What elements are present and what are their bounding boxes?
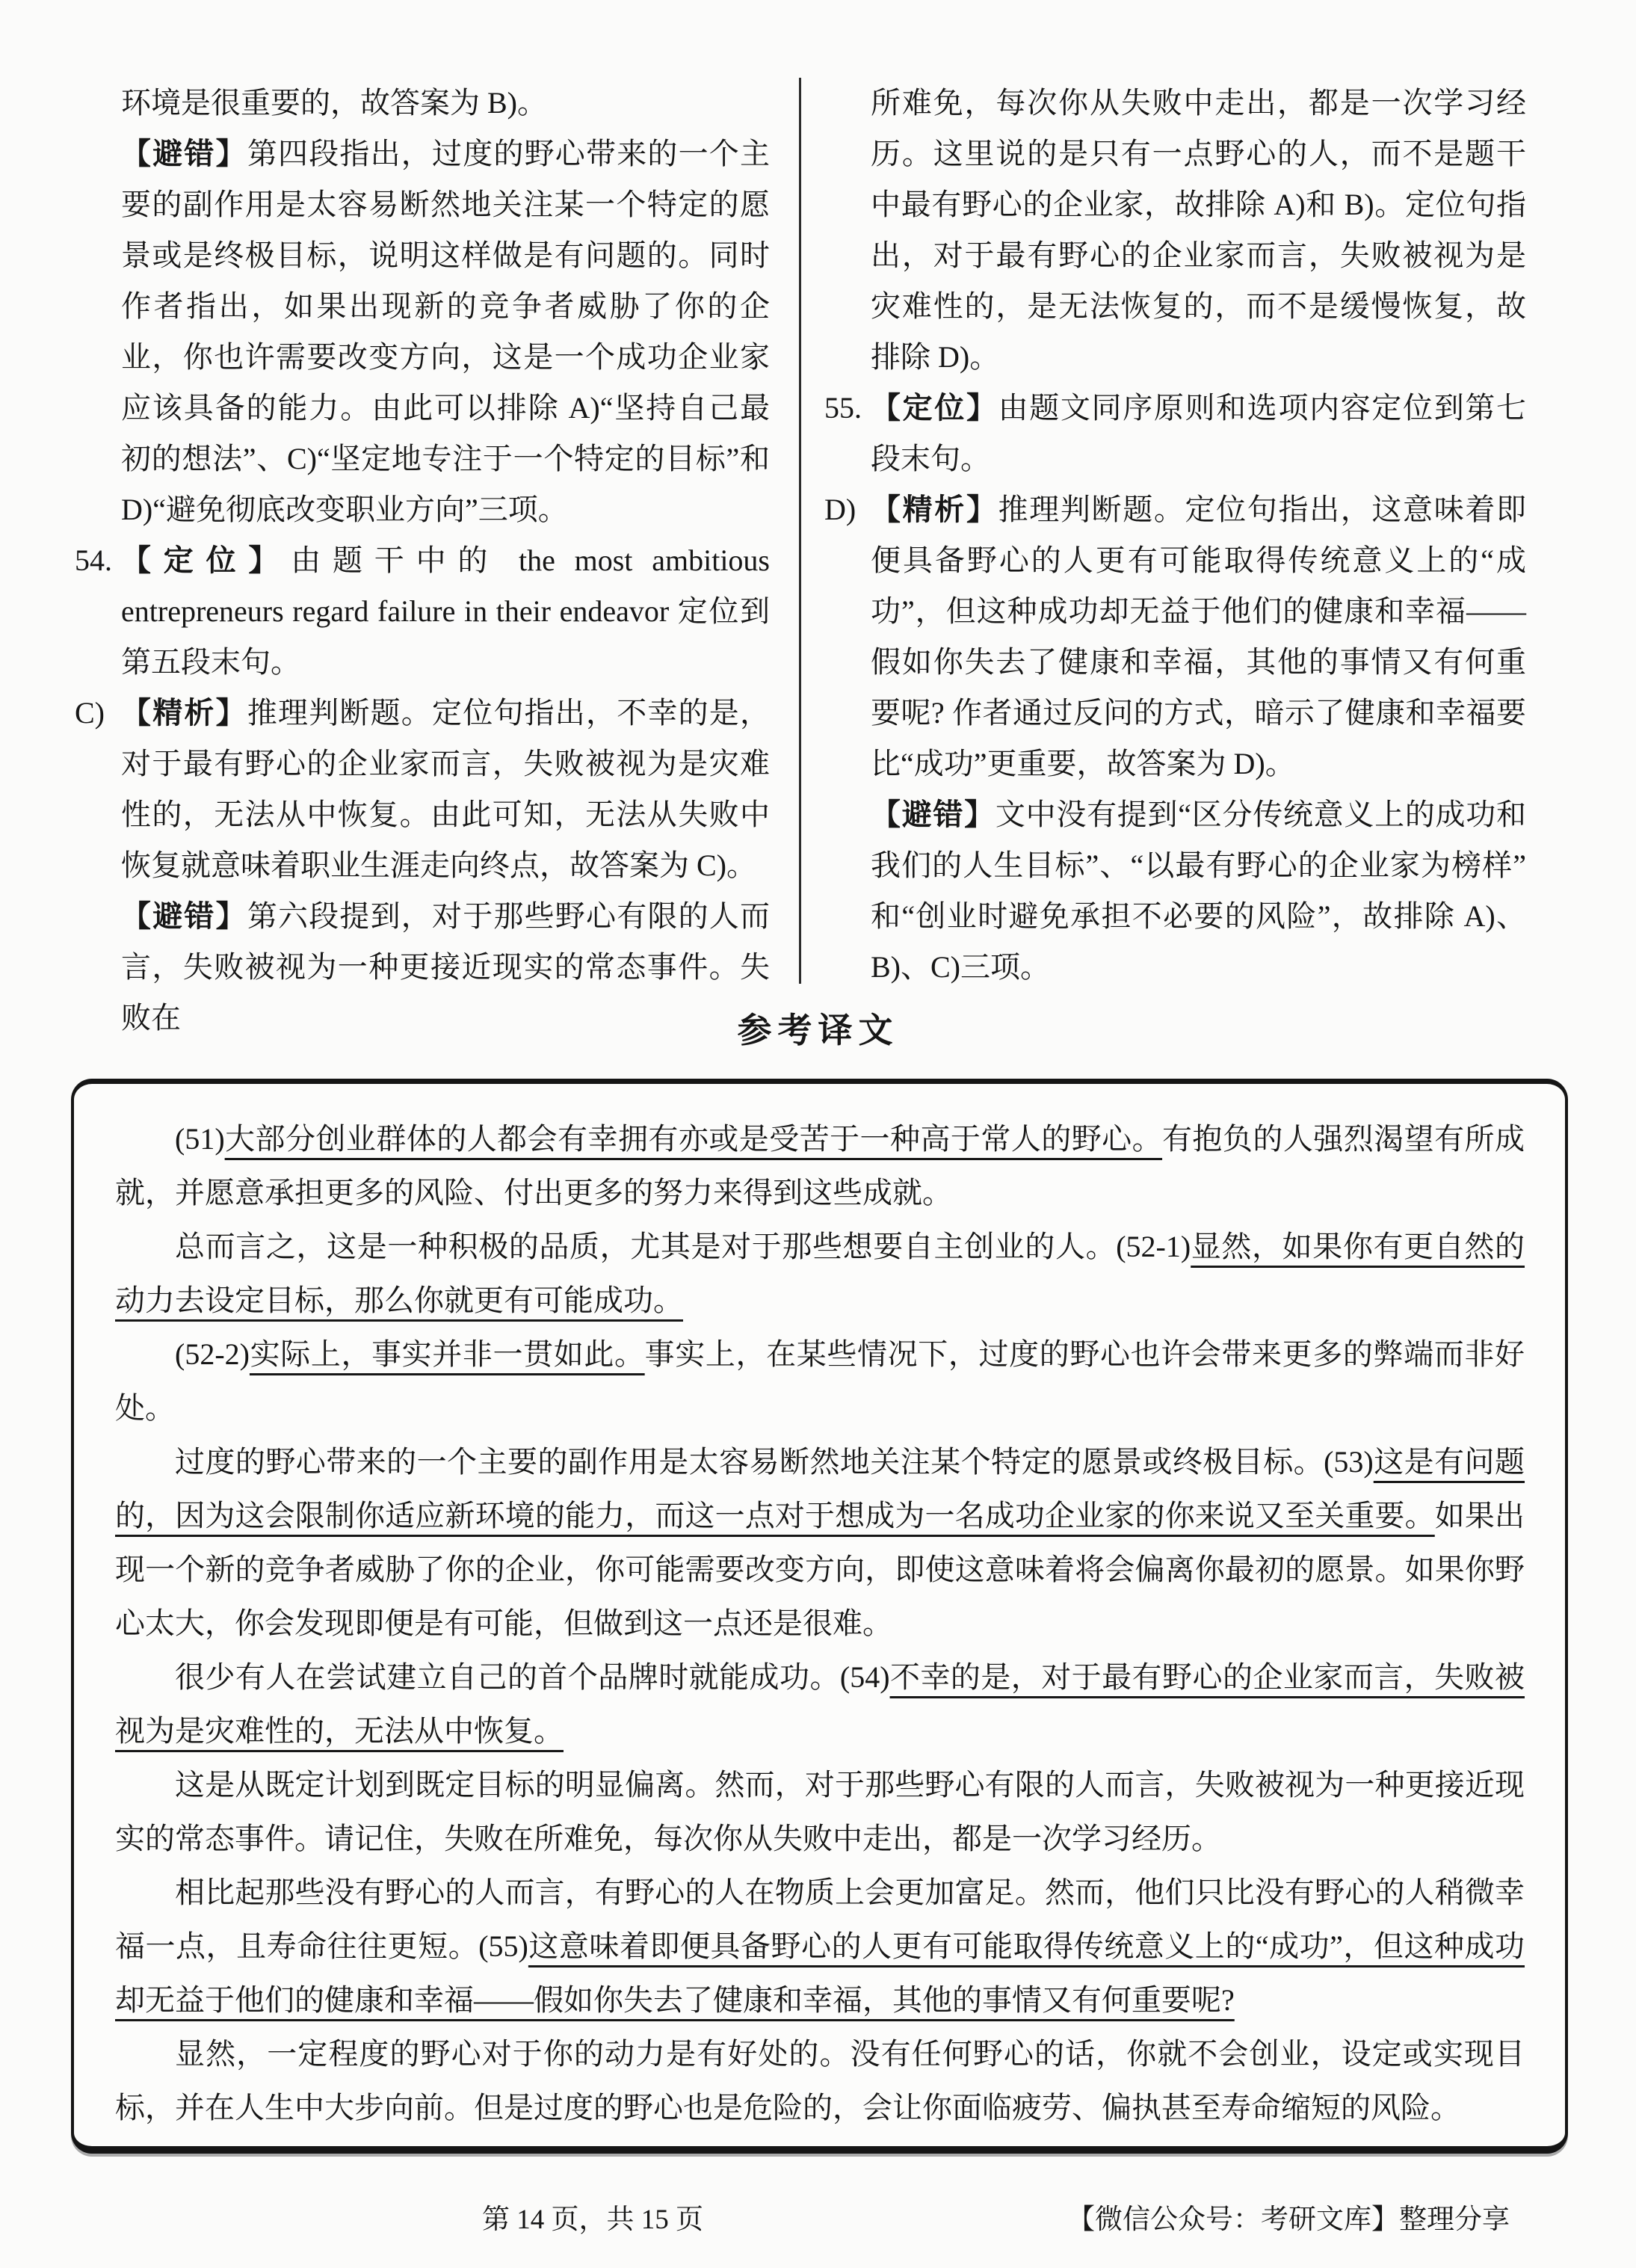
right-column: 所难免，每次你从失败中走出，都是一次学习经历。这里说的是只有一点野心的人，而不是… bbox=[822, 78, 1526, 993]
translation-box: (51)大部分创业群体的人都会有幸拥有亦或是受苦于一种高于常人的野心。有抱负的人… bbox=[71, 1079, 1568, 2154]
answer-text-segment: 环境是很重要的，故答案为 B)。 bbox=[121, 86, 547, 120]
tag-avoid-error: 【避错】 bbox=[121, 899, 247, 933]
avoid-error-note-54: 【避错】第四段指出，过度的野心带来的一个主要的副作用是太容易断然地关注某一个特定… bbox=[121, 129, 770, 535]
item-marker-d: D) bbox=[824, 484, 856, 535]
item-marker-55: 55. bbox=[824, 383, 862, 434]
answer-text: 环境是很重要的，故答案为 B)。 bbox=[121, 78, 770, 129]
answer-text: 【精析】推理判断题。定位句指出，这意味着即便具备野心的人更有可能取得传统意义上的… bbox=[871, 484, 1526, 789]
answer-text: 【避错】第四段指出，过度的野心带来的一个主要的副作用是太容易断然地关注某一个特定… bbox=[121, 129, 770, 535]
text-segment: 总而言之，这是一种积极的品质，尤其是对于那些想要自主创业的人。(52-1) bbox=[175, 1230, 1191, 1263]
text-segment: 过度的野心带来的一个主要的副作用是太容易断然地关注某个特定的愿景或终极目标。(5… bbox=[175, 1445, 1374, 1479]
answers-section: 环境是很重要的，故答案为 B)。 【避错】第四段指出，过度的野心带来的一个主要的… bbox=[0, 0, 1636, 1002]
translation-paragraph-3: (52-2)实际上，事实并非一贯如此。事实上，在某些情况下，过度的野心也许会带来… bbox=[115, 1328, 1525, 1435]
item-marker-c: C) bbox=[75, 688, 105, 739]
translation-paragraph-8: 显然，一定程度的野心对于你的动力是有好处的。没有任何野心的话，你就不会创业，设定… bbox=[115, 2027, 1525, 2135]
q55-locate-item: 55. 【定位】由题文同序原则和选项内容定位到第七段末句。 bbox=[871, 383, 1526, 484]
tag-locate: 【定位】 bbox=[121, 543, 291, 577]
text-segment: 显然，一定程度的野心对于你的动力是有好处的。没有任何野心的话，你就不会创业，设定… bbox=[115, 2037, 1525, 2124]
answer-text: 【定位】由题文同序原则和选项内容定位到第七段末句。 bbox=[871, 383, 1526, 484]
underlined-segment-51: 大部分创业群体的人都会有幸拥有亦或是受苦于一种高于常人的野心。 bbox=[225, 1122, 1162, 1156]
translation-paragraph-4: 过度的野心带来的一个主要的副作用是太容易断然地关注某个特定的愿景或终极目标。(5… bbox=[115, 1435, 1525, 1651]
answer-text: 【精析】推理判断题。定位句指出，不幸的是，对于最有野心的企业家而言，失败被视为是… bbox=[121, 688, 770, 891]
page-footer: 第 14 页，共 15 页 【微信公众号：考研文库】整理分享 bbox=[0, 2196, 1636, 2241]
tag-analysis: 【精析】 bbox=[871, 493, 998, 526]
q55-avoid-error-item: 【避错】文中没有提到“区分传统意义上的成功和我们的人生目标”、“以最有野心的企业… bbox=[871, 789, 1526, 993]
text-segment: (51) bbox=[175, 1122, 225, 1156]
answer-text-segment: 所难免，每次你从失败中走出，都是一次学习经历。这里说的是只有一点野心的人，而不是… bbox=[871, 86, 1526, 374]
translation-title: 参考译文 bbox=[0, 1003, 1636, 1053]
text-segment: 这是从既定计划到既定目标的明显偏离。然而，对于那些野心有限的人而言，失败被视为一… bbox=[115, 1768, 1525, 1855]
answer-text: 【避错】文中没有提到“区分传统意义上的成功和我们的人生目标”、“以最有野心的企业… bbox=[871, 789, 1526, 993]
translation-paragraph-1: (51)大部分创业群体的人都会有幸拥有亦或是受苦于一种高于常人的野心。有抱负的人… bbox=[115, 1112, 1525, 1220]
q54-analysis-item: C) 【精析】推理判断题。定位句指出，不幸的是，对于最有野心的企业家而言，失败被… bbox=[121, 688, 770, 891]
watermark: 【微信公众号：考研文库】整理分享 bbox=[1067, 2196, 1510, 2237]
translation-paragraph-2: 总而言之，这是一种积极的品质，尤其是对于那些想要自主创业的人。(52-1)显然，… bbox=[115, 1220, 1525, 1328]
tag-avoid-error: 【避错】 bbox=[121, 137, 247, 170]
answer-continuation-b: 环境是很重要的，故答案为 B)。 bbox=[121, 78, 770, 129]
column-divider bbox=[799, 78, 801, 984]
page: 环境是很重要的，故答案为 B)。 【避错】第四段指出，过度的野心带来的一个主要的… bbox=[0, 0, 1636, 2268]
q54-avoid-error-continuation: 所难免，每次你从失败中走出，都是一次学习经历。这里说的是只有一点野心的人，而不是… bbox=[871, 78, 1526, 383]
q54-locate-item: 54. 【定位】由题干中的 the most ambitious entrepr… bbox=[121, 535, 770, 688]
answer-text-segment: 第四段指出，过度的野心带来的一个主要的副作用是太容易断然地关注某一个特定的愿景或… bbox=[121, 137, 770, 526]
translation-paragraph-6: 这是从既定计划到既定目标的明显偏离。然而，对于那些野心有限的人而言，失败被视为一… bbox=[115, 1758, 1525, 1866]
underlined-segment-52-2: 实际上，事实并非一贯如此。 bbox=[250, 1337, 645, 1371]
answer-text-segment: 推理判断题。定位句指出，这意味着即便具备野心的人更有可能取得传统意义上的“成功”… bbox=[871, 493, 1526, 780]
answer-text: 【定位】由题干中的 the most ambitious entrepreneu… bbox=[121, 535, 770, 688]
q55-analysis-item: D) 【精析】推理判断题。定位句指出，这意味着即便具备野心的人更有可能取得传统意… bbox=[871, 484, 1526, 789]
tag-analysis: 【精析】 bbox=[121, 696, 247, 730]
text-segment: 很少有人在尝试建立自己的首个品牌时就能成功。(54) bbox=[175, 1660, 890, 1694]
tag-avoid-error: 【避错】 bbox=[871, 798, 996, 831]
page-number: 第 14 页，共 15 页 bbox=[482, 2196, 703, 2237]
answer-text: 所难免，每次你从失败中走出，都是一次学习经历。这里说的是只有一点野心的人，而不是… bbox=[871, 78, 1526, 383]
translation-paragraph-5: 很少有人在尝试建立自己的首个品牌时就能成功。(54)不幸的是，对于最有野心的企业… bbox=[115, 1651, 1525, 1758]
left-column: 环境是很重要的，故答案为 B)。 【避错】第四段指出，过度的野心带来的一个主要的… bbox=[75, 78, 770, 1044]
item-marker-54: 54. bbox=[75, 535, 112, 586]
tag-locate: 【定位】 bbox=[871, 391, 998, 425]
translation-paragraph-7: 相比起那些没有野心的人而言，有野心的人在物质上会更加富足。然而，他们只比没有野心… bbox=[115, 1866, 1525, 2027]
text-segment: (52-2) bbox=[175, 1337, 250, 1371]
